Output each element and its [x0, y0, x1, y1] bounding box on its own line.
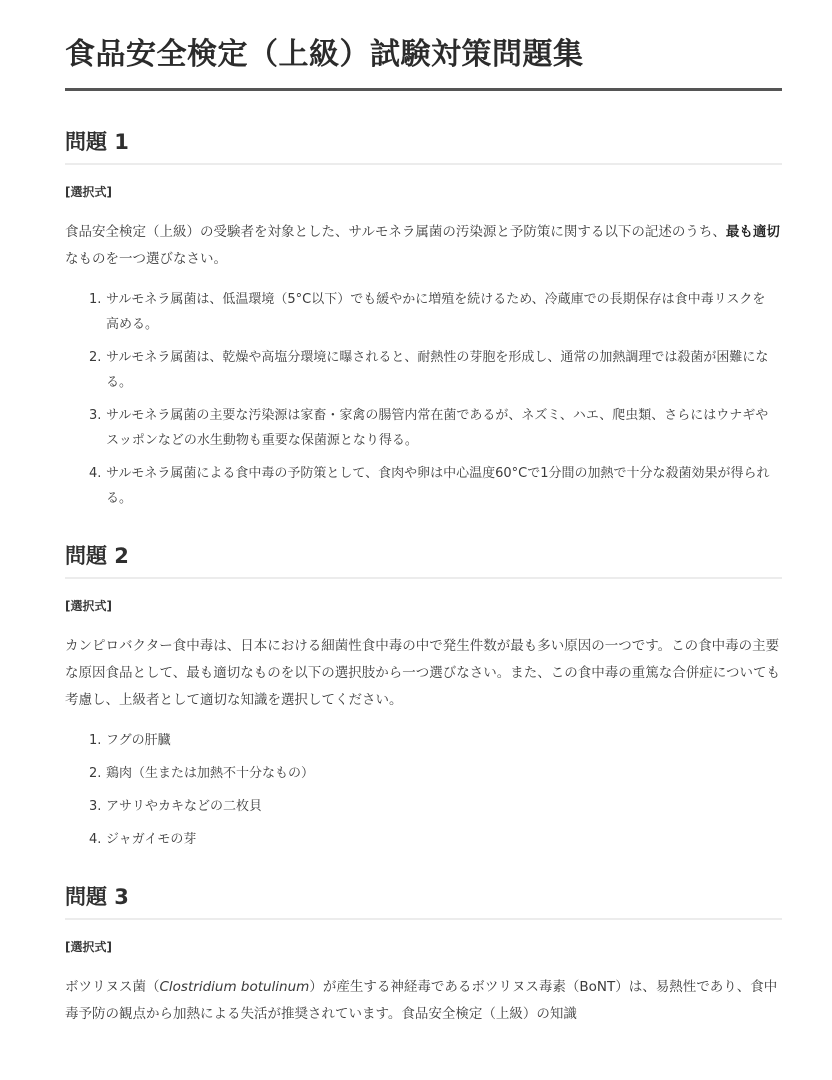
choice-item: 4.ジャガイモの芽 — [89, 827, 782, 852]
question-text: 食品安全検定（上級）の受験者を対象とした、サルモネラ属菌の汚染源と予防策に関する… — [65, 219, 782, 273]
choice-item: 1.フグの肝臓 — [89, 728, 782, 753]
question-2: 問題 2 [選択式] カンピロバクター食中毒は、日本における細菌性食中毒の中で発… — [65, 541, 782, 852]
scientific-name: Clostridium botulinum — [160, 979, 310, 995]
question-type-label: [選択式] — [65, 597, 782, 615]
question-type-label: [選択式] — [65, 938, 782, 956]
question-type-label: [選択式] — [65, 183, 782, 201]
question-3: 問題 3 [選択式] ボツリヌス菌（Clostridium botulinum）… — [65, 882, 782, 1028]
emphasis-text: 最も適切 — [726, 224, 780, 240]
question-heading: 問題 3 — [65, 882, 782, 920]
question-heading: 問題 2 — [65, 541, 782, 579]
choice-list: 1.サルモネラ属菌は、低温環境（5°C以下）でも緩やかに増殖を続けるため、冷蔵庫… — [89, 287, 782, 511]
question-text: ボツリヌス菌（Clostridium botulinum）が産生する神経毒である… — [65, 974, 782, 1028]
question-text: カンピロバクター食中毒は、日本における細菌性食中毒の中で発生件数が最も多い原因の… — [65, 633, 782, 714]
choice-list: 1.フグの肝臓 2.鶏肉（生または加熱不十分なもの） 3.アサリやカキなどの二枚… — [89, 728, 782, 852]
question-heading: 問題 1 — [65, 127, 782, 165]
choice-item: 4.サルモネラ属菌による食中毒の予防策として、食肉や卵は中心温度60°Cで1分間… — [89, 461, 782, 511]
choice-item: 3.サルモネラ属菌の主要な汚染源は家畜・家禽の腸管内常在菌であるが、ネズミ、ハエ… — [89, 403, 782, 453]
choice-item: 2.サルモネラ属菌は、乾燥や高塩分環境に曝されると、耐熱性の芽胞を形成し、通常の… — [89, 345, 782, 395]
question-1: 問題 1 [選択式] 食品安全検定（上級）の受験者を対象とした、サルモネラ属菌の… — [65, 127, 782, 511]
choice-item: 1.サルモネラ属菌は、低温環境（5°C以下）でも緩やかに増殖を続けるため、冷蔵庫… — [89, 287, 782, 337]
page-title: 食品安全検定（上級）試験対策問題集 — [65, 32, 782, 91]
choice-item: 2.鶏肉（生または加熱不十分なもの） — [89, 761, 782, 786]
document-page: 食品安全検定（上級）試験対策問題集 問題 1 [選択式] 食品安全検定（上級）の… — [65, 0, 782, 1028]
choice-item: 3.アサリやカキなどの二枚貝 — [89, 794, 782, 819]
